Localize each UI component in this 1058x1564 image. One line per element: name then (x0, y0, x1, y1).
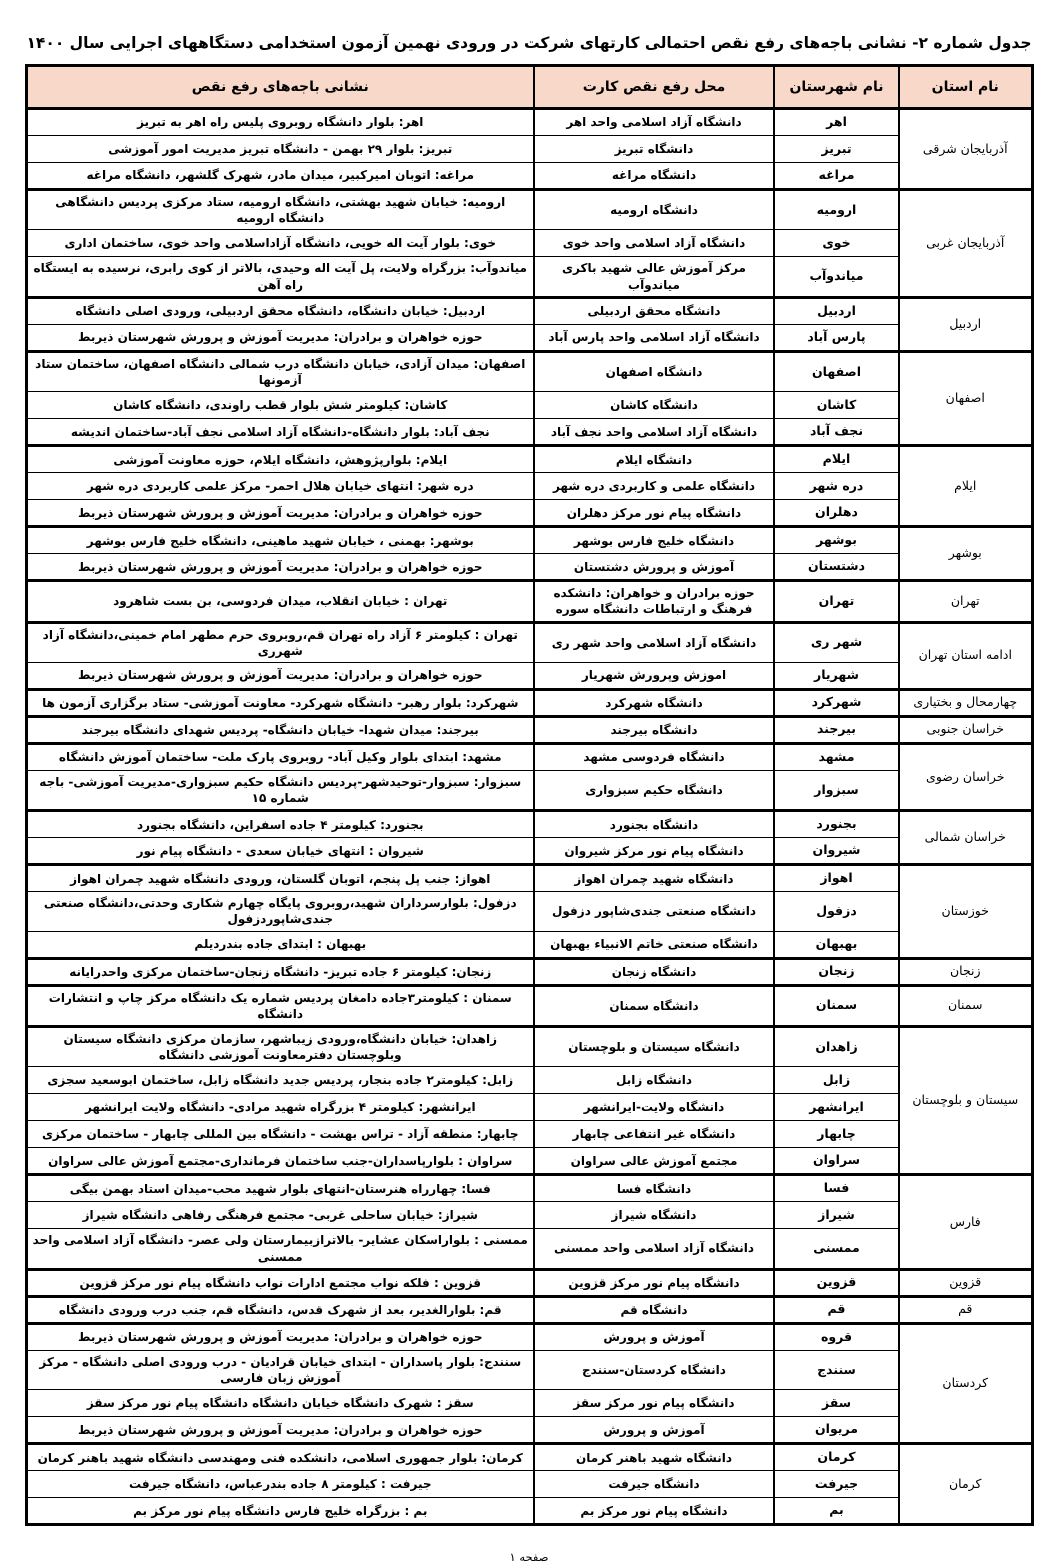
city-cell: شهر ری (774, 622, 899, 662)
table-row: اردبیلاردبیلدانشگاه محقق اردبیلیاردبیل: … (26, 297, 1032, 324)
city-cell: بم (774, 1498, 899, 1525)
table-row: سمنانسمناندانشگاه سمنانسمنان : کیلومتر۳ج… (26, 985, 1032, 1026)
city-cell: کاشان (774, 392, 899, 419)
table-row: تهرانتهرانحوزه برادران و خواهران: دانشکد… (26, 581, 1032, 622)
province-cell: سیستان و بلوچستان (899, 1027, 1032, 1175)
location-cell: دانشگاه پیام نور مرکز بم (534, 1498, 774, 1525)
header-province: نام استان (899, 66, 1032, 109)
location-cell: آموزش و پرورش (534, 1417, 774, 1444)
location-cell: دانشگاه سمنان (534, 985, 774, 1026)
city-cell: سراوان (774, 1148, 899, 1175)
page-number: صفحه ۱ (18, 1550, 1040, 1564)
address-cell: بم : بزرگراه خلیج فارس دانشگاه پیام نور … (26, 1498, 534, 1525)
city-cell: سنندج (774, 1350, 899, 1389)
city-cell: جیرفت (774, 1471, 899, 1498)
table-row: سیستان و بلوچستانزاهداندانشگاه سیستان و … (26, 1027, 1032, 1067)
table-row: ایرانشهردانشگاه ولایت-ایرانشهرایرانشهر: … (26, 1094, 1032, 1121)
header-location: محل رفع نقص کارت (534, 66, 774, 109)
table-row: مریوانآموزش و پرورشحوزه خواهران و برادرا… (26, 1417, 1032, 1444)
city-cell: خوی (774, 230, 899, 257)
table-row: ادامه استان تهرانشهر ریدانشگاه آزاد اسلا… (26, 622, 1032, 662)
city-cell: ایلام (774, 446, 899, 473)
province-cell: فارس (899, 1175, 1032, 1269)
location-cell: دانشگاه آزاد اسلامی واحد اهر (534, 109, 774, 136)
table-row: دزفولدانشگاه صنعتی جندی‌شاپور دزفولدزفول… (26, 892, 1032, 931)
location-cell: دانشگاه آزاد اسلامی واحد ممسنی (534, 1229, 774, 1269)
table-row: میاندوآبمرکز آموزش عالی شهید باکری میاند… (26, 257, 1032, 297)
location-cell: مجتمع آموزش عالی سراوان (534, 1148, 774, 1175)
address-cell: زابل: کیلومتر۲ جاده بنجار، پردیس جدید دا… (26, 1067, 534, 1094)
province-cell: آذربایجان شرقی (899, 109, 1032, 190)
address-cell: سراوان : بلوارپاسداران-جنب ساختمان فرمان… (26, 1148, 534, 1175)
address-cell: دره شهر: انتهای خیابان هلال احمر- مرکز ع… (26, 473, 534, 500)
location-cell: دانشگاه جیرفت (534, 1471, 774, 1498)
location-cell: دانشگاه کردستان-سنندج (534, 1350, 774, 1389)
address-cell: زاهدان: خیابان دانشگاه،ورودی زیباشهر، سا… (26, 1027, 534, 1067)
address-cell: ارومیه: خیابان شهید بهشتی، دانشگاه ارومی… (26, 190, 534, 230)
table-row: بمدانشگاه پیام نور مرکز بمبم : بزرگراه خ… (26, 1498, 1032, 1525)
location-cell: دانشگاه ولایت-ایرانشهر (534, 1094, 774, 1121)
location-cell: دانشگاه فردوسی مشهد (534, 743, 774, 770)
city-cell: مراغه (774, 163, 899, 190)
location-cell: دانشگاه صنعتی جندی‌شاپور دزفول (534, 892, 774, 931)
province-cell: خراسان رضوی (899, 743, 1032, 810)
city-cell: سمنان (774, 985, 899, 1026)
city-cell: فسا (774, 1175, 899, 1202)
address-cell: جیرفت : کیلومتر ۸ جاده بندرعباس، دانشگاه… (26, 1471, 534, 1498)
address-cell: فسا: چهارراه هنرستان-انتهای بلوار شهید م… (26, 1175, 534, 1202)
province-cell: اصفهان (899, 351, 1032, 445)
table-row: آذربایجان غربیارومیهدانشگاه ارومیهارومیه… (26, 190, 1032, 230)
province-cell: قزوین (899, 1269, 1032, 1296)
location-cell: دانشگاه پیام نور مرکز سقز (534, 1390, 774, 1417)
location-cell: دانشگاه تبریز (534, 136, 774, 163)
table-row: پارس آباددانشگاه آزاد اسلامی واحد پارس آ… (26, 324, 1032, 351)
address-cell: اصفهان: میدان آزادی، خیابان دانشگاه درب … (26, 351, 534, 391)
address-cell: تهران : کیلومتر ۶ آزاد راه تهران قم،روبر… (26, 622, 534, 662)
location-cell: دانشگاه حکیم سبزواری (534, 770, 774, 810)
address-cell: بجنورد: کیلومتر ۴ جاده اسفراین، دانشگاه … (26, 811, 534, 838)
location-cell: دانشگاه بجنورد (534, 811, 774, 838)
city-cell: شیراز (774, 1202, 899, 1229)
location-cell: مرکز آموزش عالی شهید باکری میاندوآب (534, 257, 774, 297)
address-cell: شیروان : انتهای خیابان سعدی - دانشگاه پی… (26, 838, 534, 865)
table-row: چهارمحال و بختیاریشهرکرددانشگاه شهرکردشه… (26, 689, 1032, 716)
city-cell: بجنورد (774, 811, 899, 838)
city-cell: اهر (774, 109, 899, 136)
address-cell: زنجان: کیلومتر ۶ جاده تبریز- دانشگاه زنج… (26, 958, 534, 985)
city-cell: شهریار (774, 662, 899, 689)
province-cell: آذربایجان غربی (899, 190, 1032, 298)
city-cell: شیروان (774, 838, 899, 865)
table-row: بوشهربوشهردانشگاه خلیج فارس بوشهربوشهر: … (26, 527, 1032, 554)
province-cell: ادامه استان تهران (899, 622, 1032, 689)
location-cell: حوزه برادران و خواهران: دانشکده فرهنگ و … (534, 581, 774, 622)
address-cell: حوزه خواهران و برادران: مدیریت آموزش و پ… (26, 1323, 534, 1350)
table-row: قمقمدانشگاه قمقم: بلوارالغدیر، بعد از شه… (26, 1296, 1032, 1323)
location-cell: دانشگاه پیام نور مرکز قزوین (534, 1269, 774, 1296)
address-cell: چابهار: منطقه آزاد - تراس بهشت - دانشگاه… (26, 1121, 534, 1148)
address-cell: بیرجند: میدان شهدا- خیابان دانشگاه- پردی… (26, 716, 534, 743)
location-cell: دانشگاه سیستان و بلوچستان (534, 1027, 774, 1067)
city-cell: اردبیل (774, 297, 899, 324)
table-row: دره شهردانشگاه علمی و کاربردی دره شهردره… (26, 473, 1032, 500)
city-cell: سبزوار (774, 770, 899, 810)
address-cell: ایرانشهر: کیلومتر ۴ بزرگراه شهید مرادی- … (26, 1094, 534, 1121)
table-row: خوزستاناهوازدانشگاه شهید چمران اهوازاهوا… (26, 865, 1032, 892)
city-cell: دره شهر (774, 473, 899, 500)
province-cell: تهران (899, 581, 1032, 622)
address-cell: اهر: بلوار دانشگاه روبروی پلیس راه اهر ب… (26, 109, 534, 136)
location-cell: دانشگاه شهید باهنر کرمان (534, 1444, 774, 1471)
table-row: چابهاردانشگاه غیر انتفاعی چابهارچابهار: … (26, 1121, 1032, 1148)
address-cell: سقز : شهرک دانشگاه خیابان دانشگاه دانشگا… (26, 1390, 534, 1417)
city-cell: ایرانشهر (774, 1094, 899, 1121)
address-cell: دزفول: بلوارسرداران شهید،روبروی پایگاه چ… (26, 892, 534, 931)
page-title: جدول شماره ۲- نشانی باجه‌های رفع نقص احت… (18, 34, 1040, 52)
location-cell: دانشگاه ارومیه (534, 190, 774, 230)
address-cell: سنندج: بلوار پاسداران - ابتدای خیابان قر… (26, 1350, 534, 1389)
table-row: قزوینقزویندانشگاه پیام نور مرکز قزوینقزو… (26, 1269, 1032, 1296)
location-cell: دانشگاه پیام نور مرکز دهلران (534, 500, 774, 527)
address-cell: اردبیل: خیابان دانشگاه، دانشگاه محقق ارد… (26, 297, 534, 324)
city-cell: ارومیه (774, 190, 899, 230)
address-cell: حوزه خواهران و برادران: مدیریت آموزش و پ… (26, 554, 534, 581)
address-cell: بوشهر: بهمنی ، خیابان شهید ماهینی، دانشگ… (26, 527, 534, 554)
address-cell: ممسنی : بلواراسکان عشایر- بالاترازبیمارس… (26, 1229, 534, 1269)
city-cell: مریوان (774, 1417, 899, 1444)
table-row: دهلراندانشگاه پیام نور مرکز دهلرانحوزه خ… (26, 500, 1032, 527)
province-cell: کردستان (899, 1323, 1032, 1443)
header-row: نام استان نام شهرستان محل رفع نقص کارت ن… (26, 66, 1032, 109)
location-cell: دانشگاه آزاد اسلامی واحد خوی (534, 230, 774, 257)
city-cell: دهلران (774, 500, 899, 527)
province-cell: اردبیل (899, 297, 1032, 351)
location-cell: دانشگاه اصفهان (534, 351, 774, 391)
location-cell: دانشگاه بیرجند (534, 716, 774, 743)
city-cell: کرمان (774, 1444, 899, 1471)
city-cell: نجف آباد (774, 419, 899, 446)
city-cell: بیرجند (774, 716, 899, 743)
address-cell: خوی: بلوار آیت اله خویی، دانشگاه آزاداسل… (26, 230, 534, 257)
city-cell: دزفول (774, 892, 899, 931)
address-cell: حوزه خواهران و برادران: مدیریت آموزش و پ… (26, 662, 534, 689)
province-cell: چهارمحال و بختیاری (899, 689, 1032, 716)
location-cell: دانشگاه فسا (534, 1175, 774, 1202)
city-cell: بوشهر (774, 527, 899, 554)
province-cell: سمنان (899, 985, 1032, 1026)
address-cell: ایلام: بلوارپژوهش، دانشگاه ایلام، حوزه م… (26, 446, 534, 473)
table-row: زابلدانشگاه زابلزابل: کیلومتر۲ جاده بنجا… (26, 1067, 1032, 1094)
table-row: خویدانشگاه آزاد اسلامی واحد خویخوی: بلوا… (26, 230, 1032, 257)
city-cell: پارس آباد (774, 324, 899, 351)
address-cell: مشهد: ابتدای بلوار وکیل آباد- روبروی پار… (26, 743, 534, 770)
address-cell: شهرکرد: بلوار رهبر- دانشگاه شهرکرد- معاو… (26, 689, 534, 716)
province-cell: ایلام (899, 446, 1032, 527)
header-address: نشانی باجه‌های رفع نقص (26, 66, 534, 109)
address-cell: حوزه خواهران و برادران: مدیریت آموزش و پ… (26, 324, 534, 351)
table-row: تبریزدانشگاه تبریزتبریز: بلوار ۲۹ بهمن -… (26, 136, 1032, 163)
table-row: کرمانکرماندانشگاه شهید باهنر کرمانکرمان:… (26, 1444, 1032, 1471)
table-row: فارسفسادانشگاه فسافسا: چهارراه هنرستان-ا… (26, 1175, 1032, 1202)
address-cell: شیراز: خیابان ساحلی غربی- مجتمع فرهنگی ر… (26, 1202, 534, 1229)
address-cell: حوزه خواهران و برادران: مدیریت آموزش و پ… (26, 500, 534, 527)
table-row: اصفهاناصفهاندانشگاه اصفهاناصفهان: میدان … (26, 351, 1032, 391)
address-cell: کاشان: کیلومتر شش بلوار قطب راوندی، دانش… (26, 392, 534, 419)
city-cell: چابهار (774, 1121, 899, 1148)
table-row: خراسان جنوبیبیرجنددانشگاه بیرجندبیرجند: … (26, 716, 1032, 743)
table-row: سراوانمجتمع آموزش عالی سراوانسراوان : بل… (26, 1148, 1032, 1175)
table-row: شهریاراموزش وپرورش شهریارحوزه خواهران و … (26, 662, 1032, 689)
header-city: نام شهرستان (774, 66, 899, 109)
table-body: آذربایجان شرقیاهردانشگاه آزاد اسلامی واح… (26, 109, 1032, 1525)
address-cell: اهواز: جنب پل پنجم، اتوبان گلستان، ورودی… (26, 865, 534, 892)
location-cell: اموزش وپرورش شهریار (534, 662, 774, 689)
city-cell: میاندوآب (774, 257, 899, 297)
city-cell: مشهد (774, 743, 899, 770)
city-cell: اصفهان (774, 351, 899, 391)
province-cell: قم (899, 1296, 1032, 1323)
location-cell: دانشگاه ایلام (534, 446, 774, 473)
table-row: سقزدانشگاه پیام نور مرکز سقزسقز : شهرک د… (26, 1390, 1032, 1417)
location-cell: آموزش و پرورش (534, 1323, 774, 1350)
city-cell: تهران (774, 581, 899, 622)
address-cell: بهبهان : ابتدای جاده بندردیلم (26, 931, 534, 958)
table-header: نام استان نام شهرستان محل رفع نقص کارت ن… (26, 66, 1032, 109)
table-row: دشتستانآموزش و پرورش دشتستانحوزه خواهران… (26, 554, 1032, 581)
location-cell: دانشگاه غیر انتفاعی چابهار (534, 1121, 774, 1148)
table-row: سبزواردانشگاه حکیم سبزواریسبزوار: سبزوار… (26, 770, 1032, 810)
address-cell: مراغه: اتوبان امیرکبیر، میدان مادر، شهرک… (26, 163, 534, 190)
city-cell: سقز (774, 1390, 899, 1417)
location-cell: دانشگاه شهرکرد (534, 689, 774, 716)
city-cell: ممسنی (774, 1229, 899, 1269)
table-row: سنندجدانشگاه کردستان-سنندجسنندج: بلوار پ… (26, 1350, 1032, 1389)
address-cell: تبریز: بلوار ۲۹ بهمن - دانشگاه تبریز مدی… (26, 136, 534, 163)
province-cell: خراسان شمالی (899, 811, 1032, 865)
province-cell: زنجان (899, 958, 1032, 985)
location-cell: دانشگاه قم (534, 1296, 774, 1323)
table-row: جیرفتدانشگاه جیرفتجیرفت : کیلومتر ۸ جاده… (26, 1471, 1032, 1498)
location-cell: دانشگاه صنعتی خاتم الانبیاء بهبهان (534, 931, 774, 958)
address-cell: تهران : خیابان انقلاب، میدان فردوسی، بن … (26, 581, 534, 622)
document-page: جدول شماره ۲- نشانی باجه‌های رفع نقص احت… (0, 0, 1058, 1564)
table-row: ایلامایلامدانشگاه ایلامایلام: بلوارپژوهش… (26, 446, 1032, 473)
location-cell: دانشگاه شهید چمران اهواز (534, 865, 774, 892)
city-cell: قزوین (774, 1269, 899, 1296)
table-row: نجف آباددانشگاه آزاد اسلامی واحد نجف آبا… (26, 419, 1032, 446)
location-cell: دانشگاه مراغه (534, 163, 774, 190)
province-cell: خوزستان (899, 865, 1032, 958)
location-cell: دانشگاه کاشان (534, 392, 774, 419)
location-cell: دانشگاه زنجان (534, 958, 774, 985)
location-cell: دانشگاه آزاد اسلامی واحد نجف آباد (534, 419, 774, 446)
location-cell: دانشگاه علمی و کاربردی دره شهر (534, 473, 774, 500)
booth-address-table: نام استان نام شهرستان محل رفع نقص کارت ن… (25, 64, 1034, 1526)
city-cell: قروه (774, 1323, 899, 1350)
location-cell: دانشگاه آزاد اسلامی واحد شهر ری (534, 622, 774, 662)
address-cell: میاندوآب: بزرگراه ولایت، پل آیت اله وحید… (26, 257, 534, 297)
location-cell: آموزش و پرورش دشتستان (534, 554, 774, 581)
city-cell: تبریز (774, 136, 899, 163)
table-row: آذربایجان شرقیاهردانشگاه آزاد اسلامی واح… (26, 109, 1032, 136)
city-cell: دشتستان (774, 554, 899, 581)
table-row: مراغهدانشگاه مراغهمراغه: اتوبان امیرکبیر… (26, 163, 1032, 190)
city-cell: زاهدان (774, 1027, 899, 1067)
address-cell: نجف آباد: بلوار دانشگاه-دانشگاه آزاد اسل… (26, 419, 534, 446)
location-cell: دانشگاه پیام نور مرکز شیروان (534, 838, 774, 865)
address-cell: سبزوار: سبزوار-توحیدشهر-پردیس دانشگاه حک… (26, 770, 534, 810)
province-cell: کرمان (899, 1444, 1032, 1525)
table-row: شیرازدانشگاه شیرازشیراز: خیابان ساحلی غر… (26, 1202, 1032, 1229)
table-row: بهبهاندانشگاه صنعتی خاتم الانبیاء بهبهان… (26, 931, 1032, 958)
city-cell: اهواز (774, 865, 899, 892)
province-cell: خراسان جنوبی (899, 716, 1032, 743)
location-cell: دانشگاه خلیج فارس بوشهر (534, 527, 774, 554)
province-cell: بوشهر (899, 527, 1032, 581)
table-row: خراسان رضویمشهددانشگاه فردوسی مشهدمشهد: … (26, 743, 1032, 770)
address-cell: قزوین : فلکه نواب مجتمع ادارات نواب دانش… (26, 1269, 534, 1296)
table-row: شیرواندانشگاه پیام نور مرکز شیروانشیروان… (26, 838, 1032, 865)
city-cell: بهبهان (774, 931, 899, 958)
location-cell: دانشگاه آزاد اسلامی واحد پارس آباد (534, 324, 774, 351)
table-row: زنجانزنجاندانشگاه زنجانزنجان: کیلومتر ۶ … (26, 958, 1032, 985)
location-cell: دانشگاه محقق اردبیلی (534, 297, 774, 324)
table-row: کردستانقروهآموزش و پرورشحوزه خواهران و ب… (26, 1323, 1032, 1350)
address-cell: حوزه خواهران و برادران: مدیریت آموزش و پ… (26, 1417, 534, 1444)
table-row: کاشاندانشگاه کاشانکاشان: کیلومتر شش بلوا… (26, 392, 1032, 419)
city-cell: قم (774, 1296, 899, 1323)
city-cell: زابل (774, 1067, 899, 1094)
location-cell: دانشگاه شیراز (534, 1202, 774, 1229)
city-cell: شهرکرد (774, 689, 899, 716)
city-cell: زنجان (774, 958, 899, 985)
address-cell: قم: بلوارالغدیر، بعد از شهرک قدس، دانشگا… (26, 1296, 534, 1323)
address-cell: کرمان: بلوار جمهوری اسلامی، دانشکده فنی … (26, 1444, 534, 1471)
table-row: ممسنیدانشگاه آزاد اسلامی واحد ممسنیممسنی… (26, 1229, 1032, 1269)
table-row: خراسان شمالیبجنورددانشگاه بجنوردبجنورد: … (26, 811, 1032, 838)
location-cell: دانشگاه زابل (534, 1067, 774, 1094)
address-cell: سمنان : کیلومتر۳جاده دامغان پردیس شماره … (26, 985, 534, 1026)
